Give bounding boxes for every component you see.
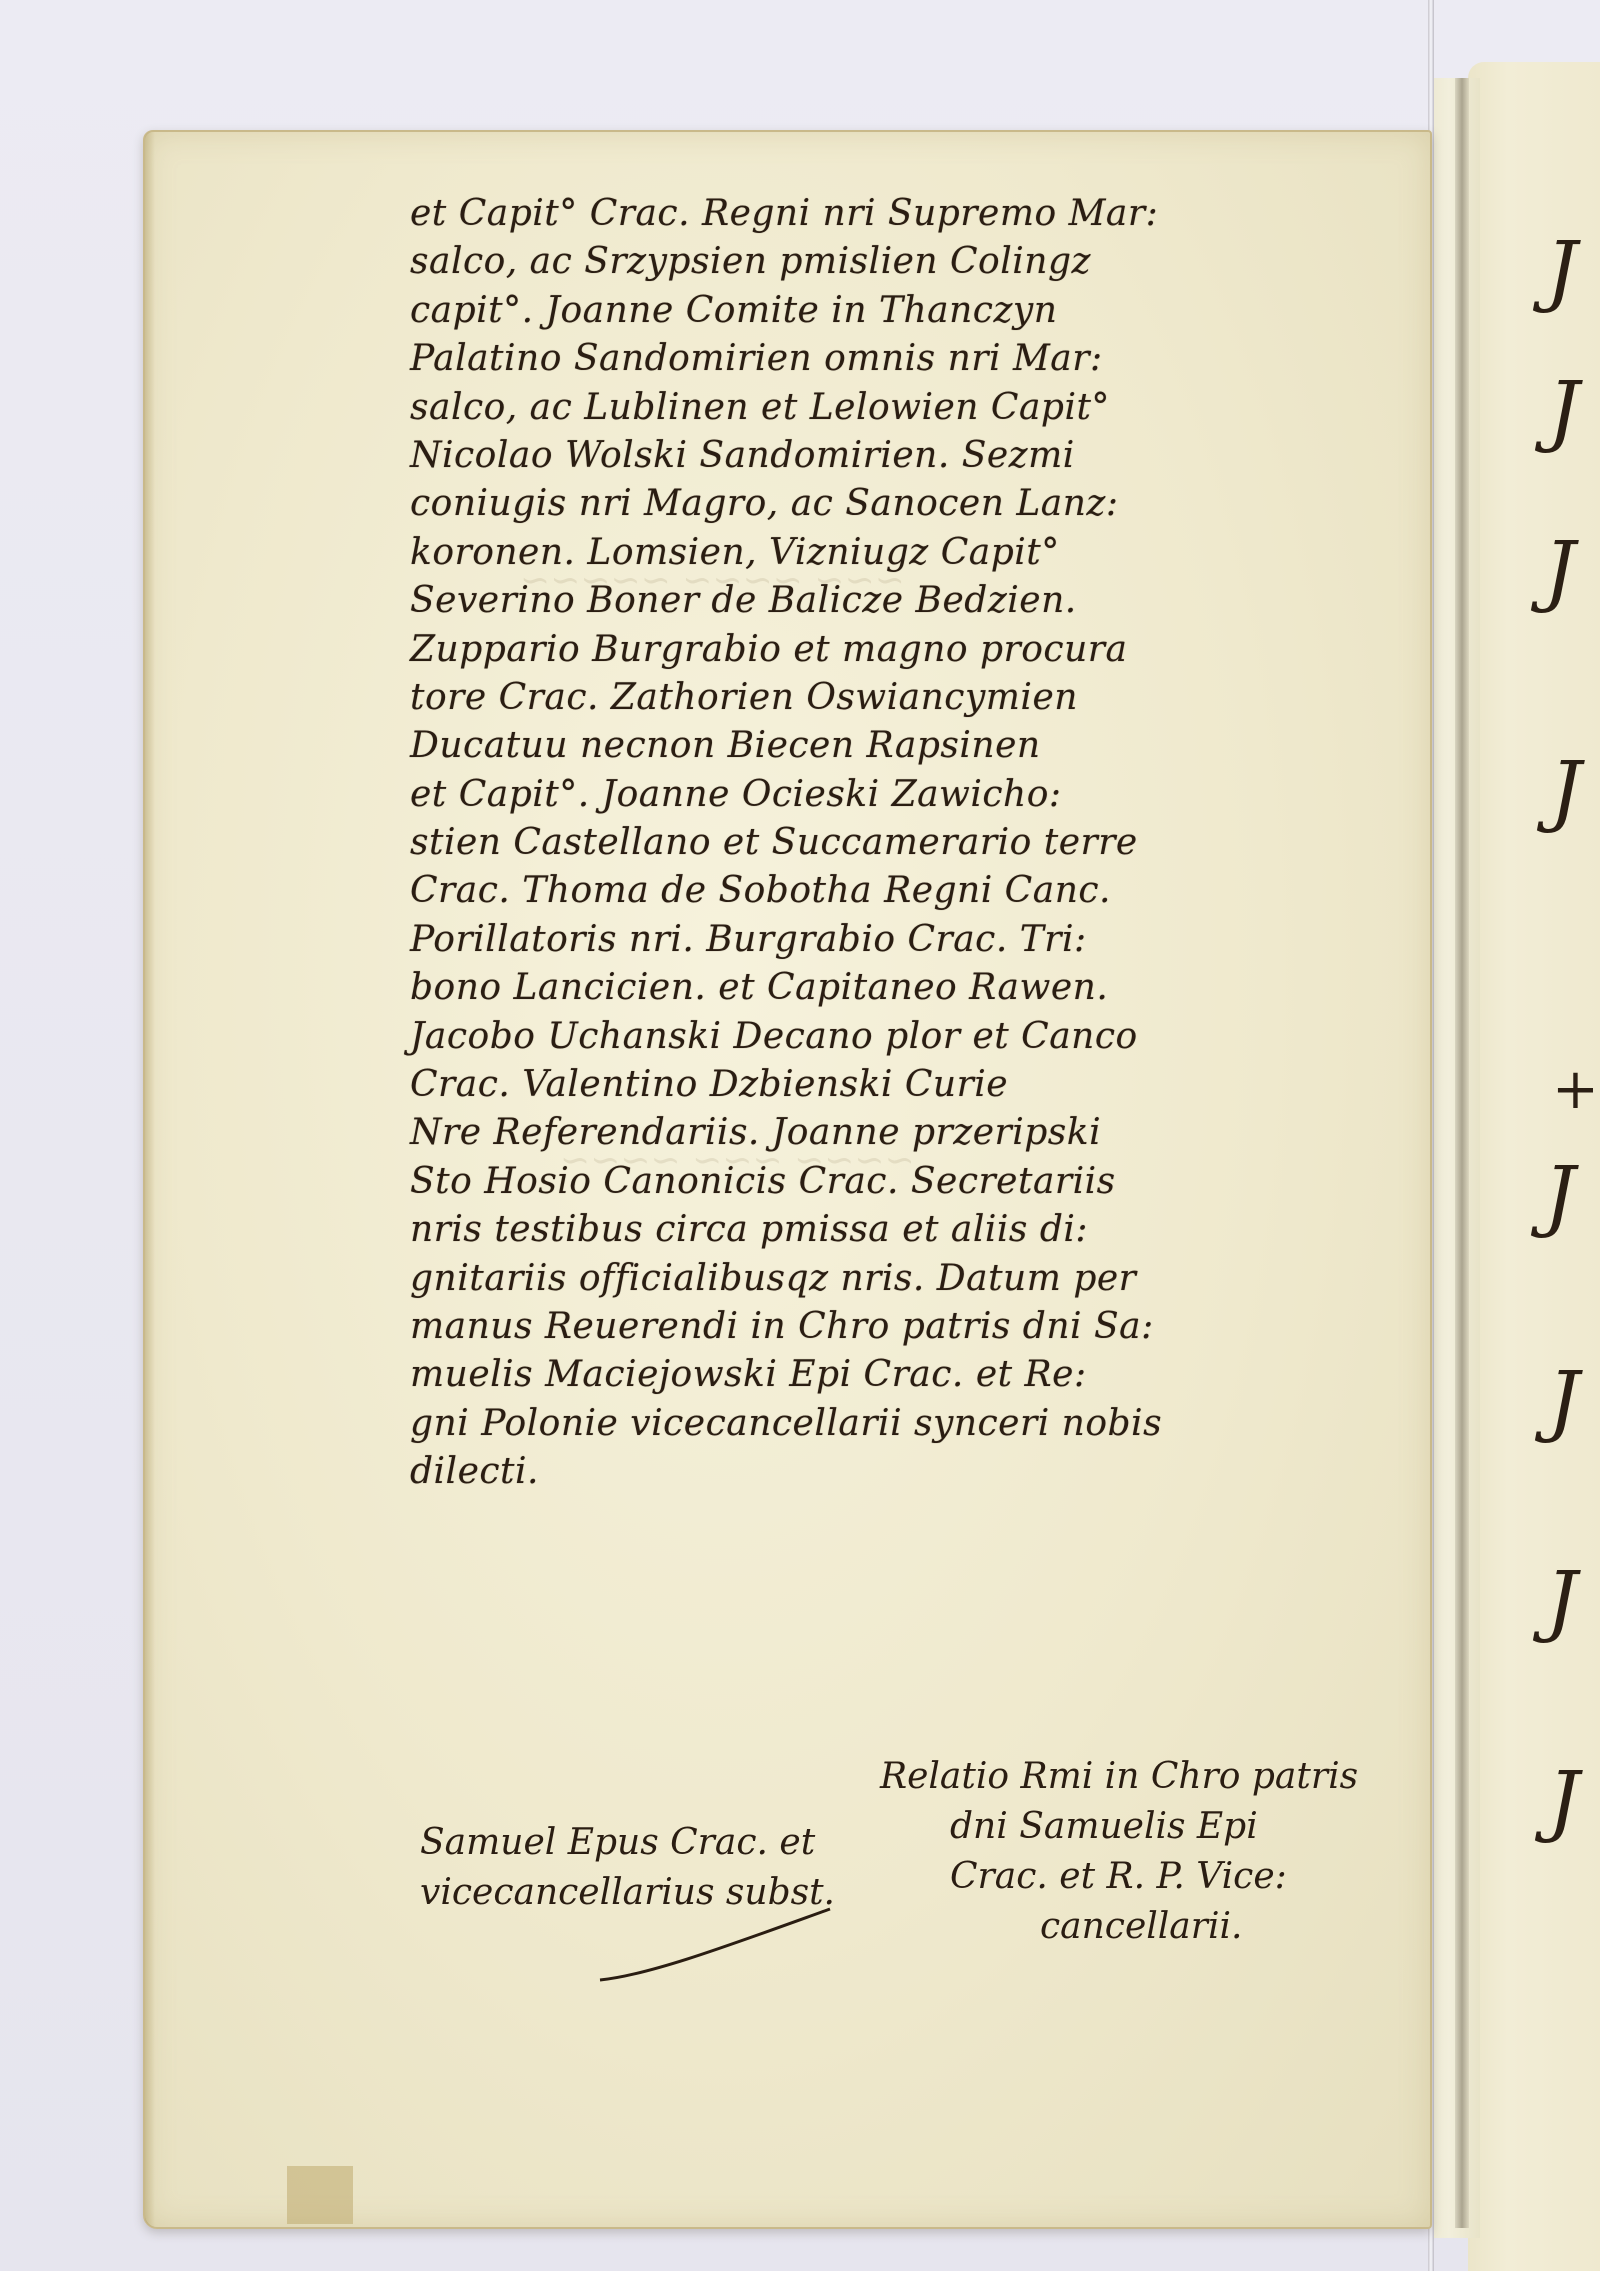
text-line: salco, ac Srzypsien pmislien Colingz — [410, 238, 1390, 286]
text-line: koronen. Lomsien, Vizniugz Capit° — [410, 529, 1390, 577]
facing-page-glyph: J — [1544, 532, 1575, 610]
text-line: Porillatoris nri. Burgrabio Crac. Tri: — [410, 916, 1390, 964]
relatio-note: Relatio Rmi in Chro patris dni Samuelis … — [880, 1752, 1358, 1952]
text-line: Jacobo Uchanski Decano plor et Canco — [410, 1013, 1390, 1061]
text-line: nris testibus circa pmissa et aliis di: — [410, 1206, 1390, 1254]
text-line: bono Lancicien. et Capitaneo Rawen. — [410, 964, 1390, 1012]
text-line: tore Crac. Zathorien Oswiancymien — [410, 674, 1390, 722]
text-line: gnitariis officialibusqz nris. Datum per — [410, 1255, 1390, 1303]
facing-page-glyph: J — [1546, 232, 1577, 310]
signature-flourish-icon — [590, 1905, 850, 1985]
text-line: gni Polonie vicecancellarii synceri nobi… — [410, 1400, 1390, 1448]
text-line: et Capit°. Joanne Ocieski Zawicho: — [410, 771, 1390, 819]
text-line: Zuppario Burgrabio et magno procura — [410, 626, 1390, 674]
text-line: muelis Maciejowski Epi Crac. et Re: — [410, 1351, 1390, 1399]
relatio-line: Relatio Rmi in Chro patris — [880, 1752, 1358, 1802]
text-line: manus Reuerendi in Chro patris dni Sa: — [410, 1303, 1390, 1351]
text-line: Severino Boner de Balicze Bedzien. — [410, 577, 1390, 625]
text-line: stien Castellano et Succamerario terre — [410, 819, 1390, 867]
text-line: Nre Referendariis. Joanne przeripski — [410, 1109, 1390, 1157]
facing-page-glyph: J — [1548, 1362, 1579, 1440]
text-line: et Capit° Crac. Regni nri Supremo Mar: — [410, 190, 1390, 238]
relatio-line: dni Samuelis Epi — [880, 1802, 1358, 1852]
gutter-fold-shadow — [1455, 78, 1469, 2228]
text-line: Sto Hosio Canonicis Crac. Secretariis — [410, 1158, 1390, 1206]
signature-line: Samuel Epus Crac. et — [420, 1818, 835, 1868]
text-line: capit°. Joanne Comite in Thanczyn — [410, 287, 1390, 335]
text-line: dilecti. — [410, 1448, 1390, 1496]
text-line: Nicolao Wolski Sandomirien. Sezmi — [410, 432, 1390, 480]
facing-page-glyph: J — [1550, 752, 1581, 830]
facing-page-glyph: J — [1546, 1562, 1577, 1640]
main-text-block: et Capit° Crac. Regni nri Supremo Mar: s… — [410, 190, 1390, 1497]
text-line: salco, ac Lublinen et Lelowien Capit° — [410, 384, 1390, 432]
signature-vicechancellor: Samuel Epus Crac. et vicecancellarius su… — [420, 1818, 835, 1918]
text-line: Palatino Sandomirien omnis nri Mar: — [410, 335, 1390, 383]
facing-page-glyph: J — [1548, 1762, 1579, 1840]
relatio-line: cancellarii. — [880, 1902, 1358, 1952]
facing-page-glyph: + — [1552, 1062, 1599, 1118]
text-line: Ducatuu necnon Biecen Rapsinen — [410, 722, 1390, 770]
relatio-line: Crac. et R. P. Vice: — [880, 1852, 1358, 1902]
facing-page-glyph: J — [1544, 1157, 1575, 1235]
facing-page: J J J J + J J J J — [1468, 62, 1600, 2271]
binding-gutter — [1428, 78, 1480, 2238]
text-line: Crac. Valentino Dzbienski Curie — [410, 1061, 1390, 1109]
facing-page-glyph: J — [1548, 372, 1579, 450]
repair-tape — [287, 2166, 353, 2224]
text-line: Crac. Thoma de Sobotha Regni Canc. — [410, 867, 1390, 915]
text-line: coniugis nri Magro, ac Sanocen Lanz: — [410, 480, 1390, 528]
